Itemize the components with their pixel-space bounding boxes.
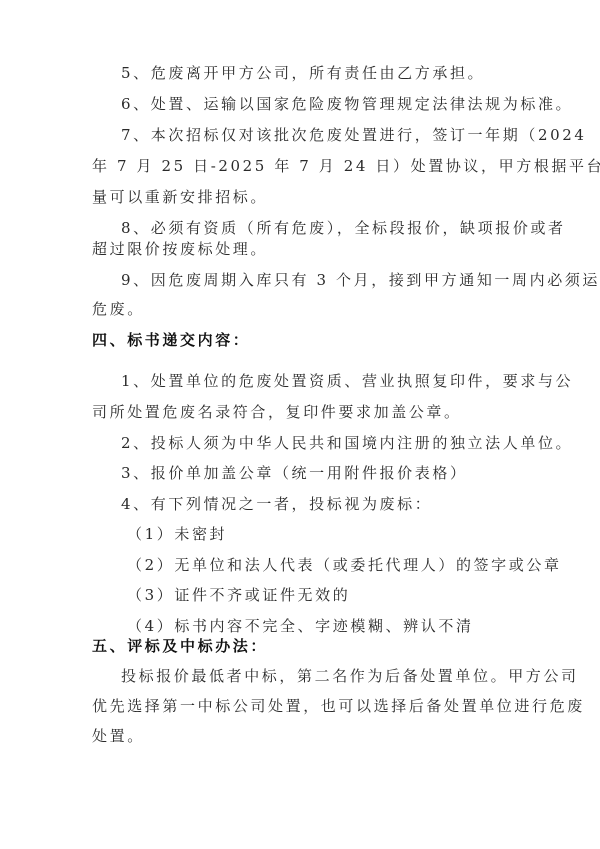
paragraph-line: 量可以重新安排招标。	[92, 187, 268, 207]
paragraph-line: 9、因危废周期入库只有 3 个月，接到甲方通知一周内必须运走	[121, 270, 600, 290]
paragraph-line: 投标报价最低者中标，第二名作为后备处置单位。甲方公司	[121, 666, 579, 686]
paragraph-line: 2、投标人须为中华人民共和国境内注册的独立法人单位。	[121, 433, 573, 453]
paragraph-line: 7、本次招标仅对该批次危废处置进行，签订一年期（2024	[121, 125, 587, 145]
paragraph-line: 3、报价单加盖公章（统一用附件报价表格）	[121, 463, 468, 483]
section-heading: 五、评标及中标办法：	[92, 636, 268, 656]
paragraph-line: （4）标书内容不完全、字迹模糊、辨认不清	[127, 616, 474, 636]
paragraph-line: （3）证件不齐或证件无效的	[127, 585, 350, 605]
paragraph-line: 5、危废离开甲方公司，所有责任由乙方承担。	[121, 63, 485, 83]
paragraph-line: 处置。	[92, 726, 145, 746]
section-heading: 四、标书递交内容：	[92, 330, 250, 350]
paragraph-line: 8、必须有资质（所有危废），全标段报价，缺项报价或者	[121, 218, 566, 238]
paragraph-line: 优先选择第一中标公司处置，也可以选择后备处置单位进行危废	[92, 696, 585, 716]
paragraph-line: 司所处置危废名录符合，复印件要求加盖公章。	[92, 402, 462, 422]
paragraph-line: 4、有下列情况之一者，投标视为废标：	[121, 494, 432, 514]
paragraph-line: 6、处置、运输以国家危险废物管理规定法律法规为标准。	[121, 94, 573, 114]
paragraph-line: （1）未密封	[127, 524, 227, 544]
paragraph-line: 年 7 月 25 日-2025 年 7 月 24 日）处置协议，甲方根据平台报批	[92, 156, 600, 176]
paragraph-line: 危废。	[92, 299, 145, 319]
paragraph-line: 1、处置单位的危废处置资质、营业执照复印件，要求与公	[121, 371, 573, 391]
paragraph-line: 超过限价按废标处理。	[92, 239, 268, 259]
paragraph-line: （2）无单位和法人代表（或委托代理人）的签字或公章	[127, 555, 562, 575]
